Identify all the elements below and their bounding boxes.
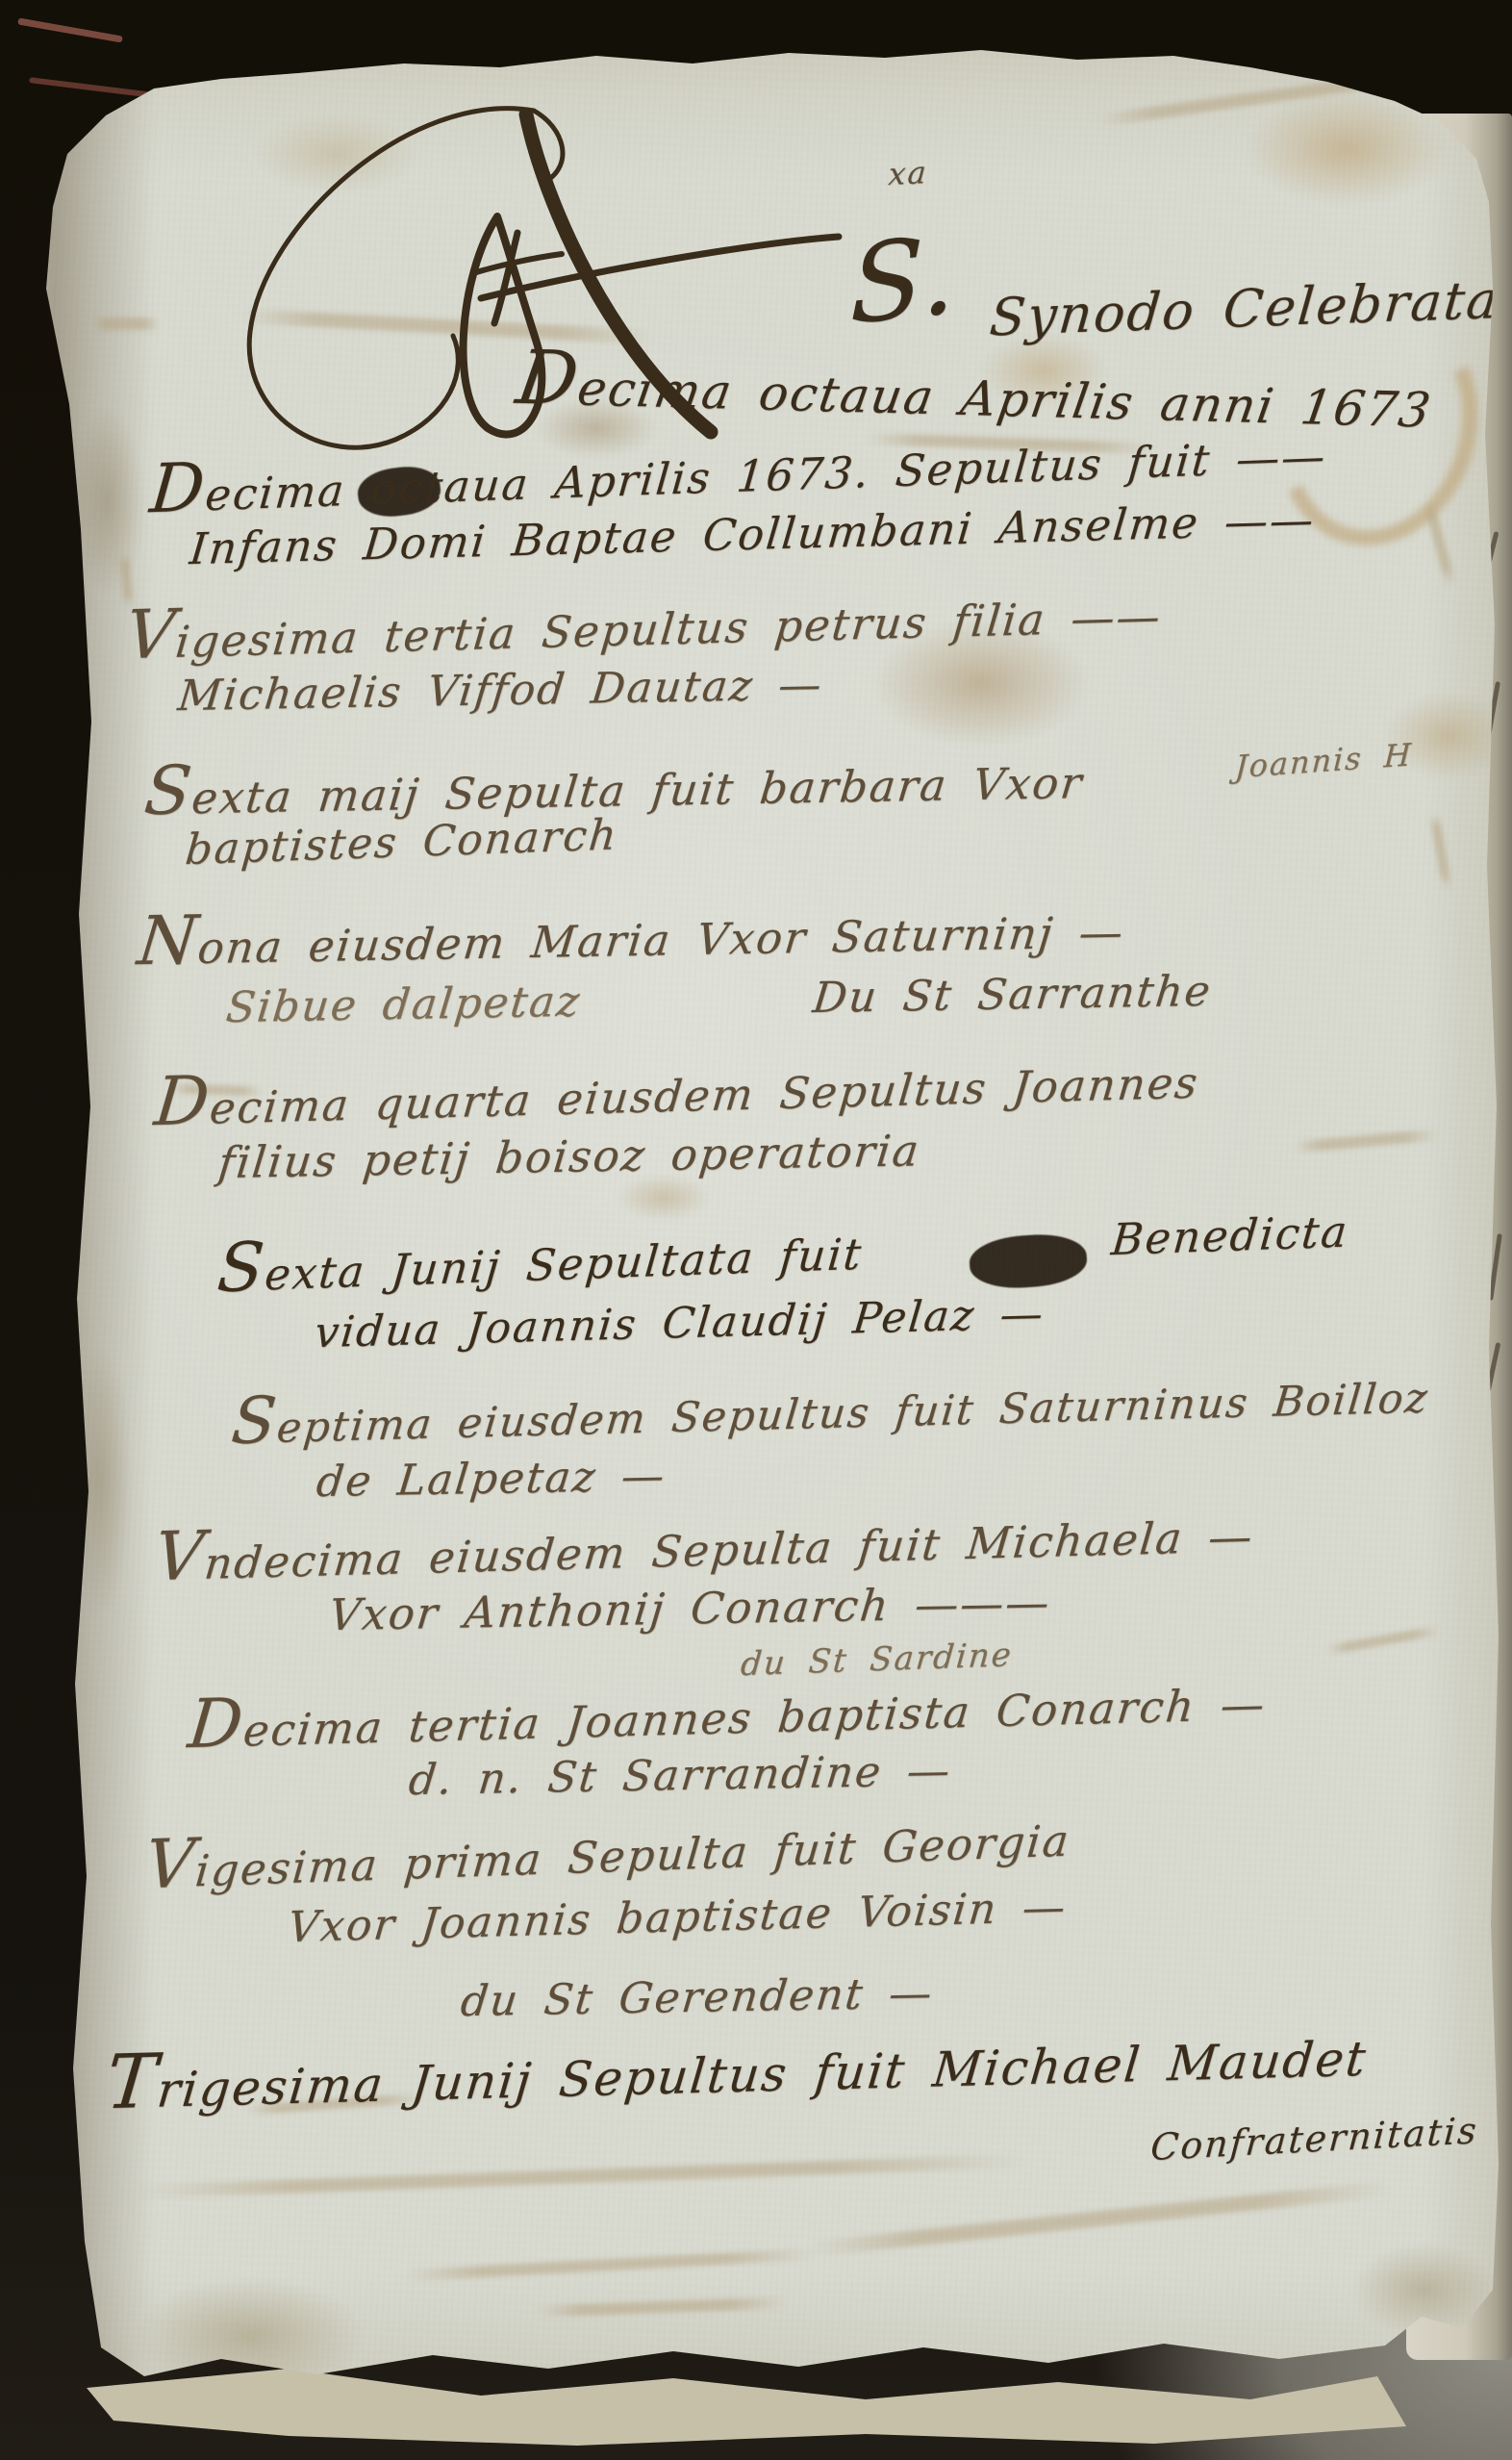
spine-thread-streak	[17, 18, 123, 43]
burial-entry-7-line-1: Septima eiusdem Sepultus fuit Saturninus…	[228, 1352, 1433, 1458]
bleedthrough-ghost	[1325, 1626, 1441, 1656]
heading-sub-initial: S.	[849, 212, 959, 349]
burial-entry-6-line-1b: Benedicta	[1109, 1205, 1350, 1265]
bleedthrough-ghost	[809, 2180, 1394, 2257]
burial-entry-7-line-2: de Lalpetaz —	[315, 1452, 668, 1507]
burial-entry-3-margin-note: Joannis H	[1234, 736, 1414, 785]
bleedthrough-ghost	[92, 317, 160, 330]
inked-out-word	[968, 1231, 1088, 1291]
bleedthrough-ghost	[404, 2248, 818, 2281]
bleedthrough-ghost	[1294, 1129, 1438, 1153]
corner-note: xa	[887, 154, 929, 192]
burial-entry-9-line-2: d. n. St Sarrandine —	[407, 1746, 954, 1805]
burial-entry-10-line-3: du St Gerendent —	[459, 1968, 936, 2026]
burial-entry-6-line-1: Sexta Junij Sepultata fuit	[214, 1207, 867, 1308]
burial-entry-4-line-2a: Sibue dalpetaz	[224, 977, 584, 1033]
manuscript-photo: xa S. Synodo Celebrata — Decima octaua A…	[0, 0, 1512, 2460]
initial-a-flourish-icon	[207, 82, 745, 486]
book-page: xa S. Synodo Celebrata — Decima octaua A…	[0, 0, 1512, 2460]
burial-entry-2-line-2: Michaelis Viffod Dautaz —	[176, 660, 826, 721]
bleedthrough-ghost	[1097, 70, 1414, 127]
bleedthrough-ghost	[1429, 813, 1452, 891]
burial-entry-11-line-2: Confraternitatis	[1149, 2109, 1479, 2168]
burial-entry-4-line-2b: Du St Sarranthe	[811, 967, 1215, 1023]
bleedthrough-ghost	[135, 2154, 1029, 2198]
binding-gutter-shadow	[44, 58, 150, 2367]
bleedthrough-ghost	[1424, 501, 1456, 588]
burial-entry-9-line-1: Decima tertia Joannes baptista Conarch —	[185, 1658, 1271, 1764]
burial-entry-2-line-1: Vigesima tertia Sepultus petrus filia ——	[122, 570, 1166, 674]
burial-entry-5-line-1: Decima quarta eiusdem Sepultus Joannes	[151, 1036, 1203, 1142]
burial-entry-4-line-1: Nona eiusdem Maria Vxor Saturninj —	[134, 885, 1129, 980]
burial-entry-11-line-1: Trigesima Junij Sepultus fuit Michael Ma…	[102, 2007, 1372, 2127]
spine-thread-streak	[29, 77, 154, 98]
bleedthrough-ghost	[537, 2296, 787, 2317]
